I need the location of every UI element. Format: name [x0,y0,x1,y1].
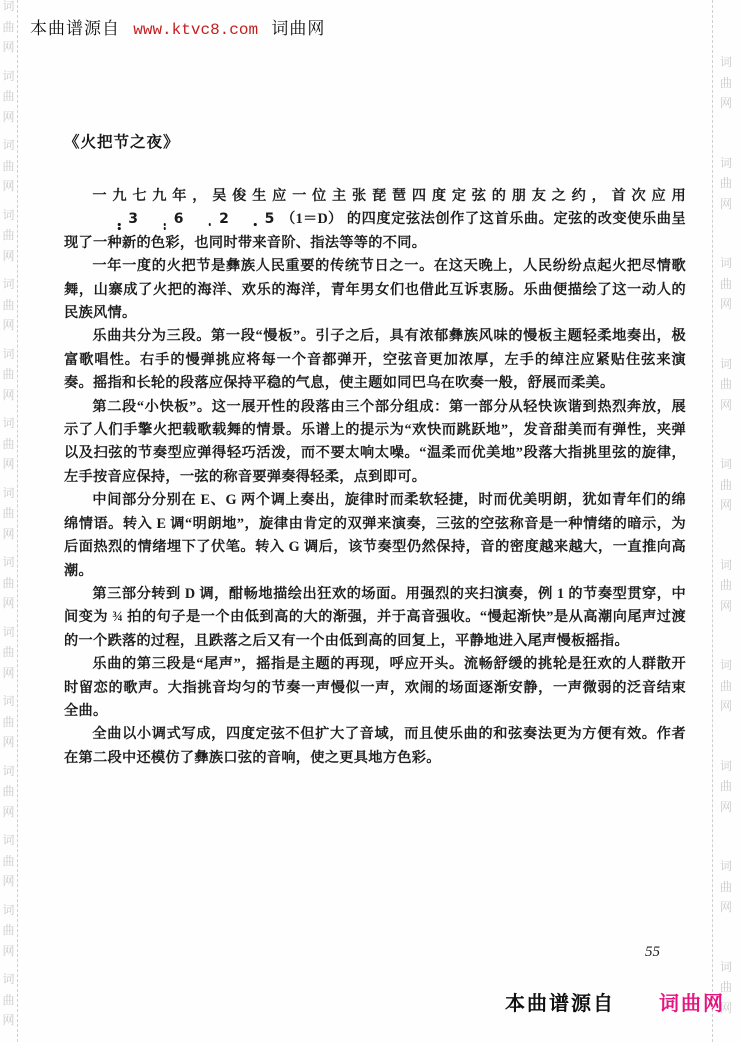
edge-watermark-group: 词曲网 [716,253,736,315]
edge-watermark-char: 词 [716,756,736,777]
edge-watermark-char: 曲 [1,990,16,1011]
right-dashed-divider [712,0,713,1042]
scanned-page: 词曲网词曲网词曲网词曲网词曲网词曲网词曲网词曲网词曲网词曲网词曲网词曲网词曲网词… [0,0,740,1042]
edge-watermark-group: 词曲网 [1,344,16,406]
edge-watermark-char: 曲 [1,86,16,107]
left-dashed-divider [17,0,18,1042]
edge-watermark-char: 网 [1,246,16,267]
edge-watermark-char: 网 [1,593,16,614]
edge-watermark-group: 词曲网 [1,413,16,475]
edge-watermark-group: 词曲网 [716,454,736,516]
edge-watermark-char: 曲 [716,877,736,898]
edge-watermark-group: 词曲网 [1,900,16,962]
paragraph: 第二段“小快板”。这一展开性的段落由三个部分组成：第一部分从轻快诙谐到热烈奔放，… [64,396,686,490]
edge-watermark-char: 网 [1,37,16,58]
edge-watermark-char: 网 [716,897,736,918]
octave-dots [254,223,257,226]
edge-watermark-group: 词曲网 [1,761,16,823]
header-watermark: 本曲谱源自 www.ktvc8.com 词曲网 [30,14,325,39]
paragraph-list: 一年一度的火把节是彝族人民重要的传统节日之一。在这天晚上，人民纷纷点起火把尽情歌… [64,255,686,770]
paragraph-intro-text: 一九七九年，吴俊生应一位主张琵琶四度定弦的朋友之约，首次应用 [92,188,686,204]
edge-watermark-char: 网 [1,732,16,753]
edge-watermark-char: 网 [716,395,736,416]
edge-watermark-group: 词曲网 [1,830,16,892]
edge-watermark-group: 词曲网 [1,483,16,545]
edge-watermark-char: 曲 [1,295,16,316]
edge-watermark-group: 词曲网 [1,205,16,267]
piece-title: 《火把节之夜》 [64,130,686,152]
edge-watermark-char: 网 [716,93,736,114]
paragraph: 第三部分转到 D 调，酣畅地描绘出狂欢的场面。用强烈的夹扫演奏，例 1 的节奏型… [64,583,686,653]
edge-watermark-char: 词 [716,454,736,475]
edge-watermark-group: 词曲网 [1,274,16,336]
page-number: 55 [645,944,660,961]
paragraph: 中间部分分别在 E、G 两个调上奏出，旋律时而柔软轻捷，时而优美明朗，犹如青年们… [64,489,686,583]
header-watermark-source: 本曲谱源自 [30,19,120,38]
edge-watermark-group: 词曲网 [1,66,16,128]
edge-watermark-char: 词 [1,0,16,17]
edge-watermark-char: 词 [1,205,16,226]
edge-watermark-char: 曲 [1,642,16,663]
edge-watermark-char: 曲 [1,573,16,594]
edge-watermark-group: 词曲网 [1,0,16,58]
edge-watermark-group: 词曲网 [716,856,736,918]
paragraph-intro: 一九七九年，吴俊生应一位主张琵琶四度定弦的朋友之约，首次应用3625（1＝D）的… [64,185,686,255]
edge-watermark-char: 曲 [716,374,736,395]
edge-watermark-char: 网 [1,941,16,962]
edge-watermark-char: 词 [1,483,16,504]
edge-watermark-char: 网 [716,294,736,315]
edge-watermark-char: 词 [716,253,736,274]
octave-dots [209,223,212,226]
edge-watermark-char: 词 [716,655,736,676]
edge-watermark-char: 曲 [1,503,16,524]
edge-watermark-char: 曲 [716,73,736,94]
tuning-notation: 3625（1＝D） [68,208,343,231]
edge-watermark-char: 曲 [1,17,16,38]
left-edge-watermark: 词曲网词曲网词曲网词曲网词曲网词曲网词曲网词曲网词曲网词曲网词曲网词曲网词曲网词… [1,0,16,1031]
edge-watermark-char: 词 [1,135,16,156]
edge-watermark-char: 网 [1,315,16,336]
header-watermark-sitename: 词曲网 [271,19,325,38]
edge-watermark-char: 曲 [1,920,16,941]
edge-watermark-char: 网 [716,495,736,516]
tuning-note: 5 [236,208,274,231]
edge-watermark-char: 词 [1,969,16,990]
right-edge-watermark: 词曲网词曲网词曲网词曲网词曲网词曲网词曲网词曲网词曲网词曲网 [716,52,736,1018]
edge-watermark-char: 网 [1,454,16,475]
edge-watermark-group: 词曲网 [716,756,736,818]
edge-watermark-char: 词 [1,274,16,295]
edge-watermark-char: 词 [1,900,16,921]
edge-watermark-group: 词曲网 [1,552,16,614]
edge-watermark-char: 词 [716,354,736,375]
edge-watermark-char: 词 [1,552,16,573]
edge-watermark-char: 网 [1,176,16,197]
edge-watermark-group: 词曲网 [716,354,736,416]
tuning-note: 3 [100,208,138,231]
edge-watermark-group: 词曲网 [716,52,736,114]
edge-watermark-char: 词 [716,856,736,877]
edge-watermark-char: 网 [1,107,16,128]
edge-watermark-char: 词 [1,622,16,643]
edge-watermark-char: 曲 [1,781,16,802]
edge-watermark-char: 曲 [1,156,16,177]
edge-watermark-char: 曲 [716,173,736,194]
key-signature-label: （1＝D） [281,211,342,227]
edge-watermark-char: 曲 [1,364,16,385]
edge-watermark-char: 网 [1,1010,16,1031]
edge-watermark-char: 曲 [1,712,16,733]
edge-watermark-group: 词曲网 [716,655,736,717]
footer-watermark: 本曲谱源自 词曲网 [505,987,725,1016]
edge-watermark-char: 词 [1,413,16,434]
edge-watermark-char: 曲 [716,676,736,697]
edge-watermark-char: 网 [716,596,736,617]
footer-watermark-source: 本曲谱源自 [505,987,615,1016]
edge-watermark-group: 词曲网 [1,969,16,1031]
footer-watermark-brand: 词曲网 [659,987,725,1016]
edge-watermark-char: 网 [716,797,736,818]
edge-watermark-char: 词 [1,691,16,712]
edge-watermark-char: 词 [1,830,16,851]
edge-watermark-char: 曲 [1,225,16,246]
edge-watermark-char: 曲 [1,851,16,872]
tuning-note: 6 [145,208,183,231]
edge-watermark-char: 词 [1,344,16,365]
article-body: 《火把节之夜》 一九七九年，吴俊生应一位主张琵琶四度定弦的朋友之约，首次应用36… [64,130,686,770]
paragraph: 乐曲共分为三段。第一段“慢板”。引子之后，具有浓郁彝族风味的慢板主题轻柔地奏出，… [64,325,686,395]
edge-watermark-char: 网 [1,871,16,892]
paragraph: 乐曲的第三段是“尾声”，摇指是主题的再现，呼应开头。流畅舒缓的挑轮是狂欢的人群散… [64,653,686,723]
tuning-note: 2 [191,208,229,231]
edge-watermark-char: 网 [1,385,16,406]
edge-watermark-char: 词 [1,66,16,87]
edge-watermark-char: 词 [716,555,736,576]
edge-watermark-group: 词曲网 [1,691,16,753]
octave-dots [163,223,166,230]
edge-watermark-char: 词 [716,52,736,73]
edge-watermark-char: 网 [716,194,736,215]
edge-watermark-char: 曲 [716,475,736,496]
paragraph: 全曲以小调式写成，四度定弦不但扩大了音域，而且使乐曲的和弦奏法更为方便有效。作者… [64,723,686,770]
edge-watermark-group: 词曲网 [716,555,736,617]
edge-watermark-char: 网 [1,802,16,823]
edge-watermark-char: 网 [716,696,736,717]
paragraph: 一年一度的火把节是彝族人民重要的传统节日之一。在这天晚上，人民纷纷点起火把尽情歌… [64,255,686,325]
edge-watermark-char: 曲 [1,434,16,455]
edge-watermark-char: 曲 [716,274,736,295]
edge-watermark-char: 曲 [716,575,736,596]
octave-dots [118,223,121,230]
edge-watermark-group: 词曲网 [1,135,16,197]
edge-watermark-char: 网 [1,524,16,545]
edge-watermark-char: 词 [716,153,736,174]
edge-watermark-char: 曲 [716,776,736,797]
edge-watermark-group: 词曲网 [716,153,736,215]
edge-watermark-char: 词 [716,957,736,978]
edge-watermark-group: 词曲网 [1,622,16,684]
edge-watermark-char: 网 [1,663,16,684]
edge-watermark-char: 词 [1,761,16,782]
header-watermark-url: www.ktvc8.com [133,21,258,39]
